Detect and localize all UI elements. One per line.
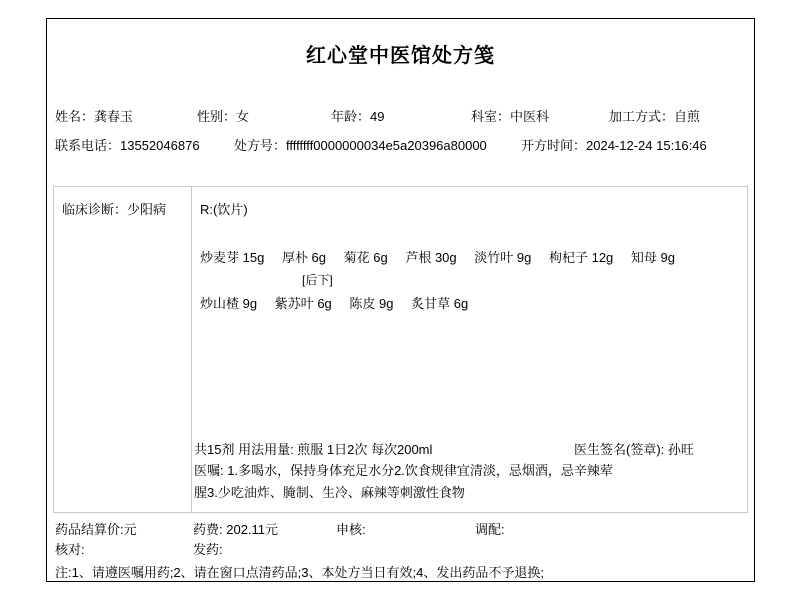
- decoction-note: [后下]: [302, 271, 333, 288]
- field-label: 姓名：: [55, 109, 94, 124]
- field-label: 医生签名(签章):: [574, 442, 664, 457]
- field-label: 处方号：: [234, 138, 286, 153]
- field-gender: 性别：女: [197, 109, 249, 124]
- field-value: 中医科: [510, 109, 549, 124]
- field-check: 核对:: [55, 542, 85, 557]
- field-label: 联系电话：: [55, 138, 120, 153]
- herb-item: 炒山楂 9g: [200, 293, 257, 312]
- field-value: 2024-12-24 15:16:46: [586, 138, 707, 153]
- field-value: ffffffff0000000034e5a20396a80000: [286, 138, 487, 153]
- herb-item: 知母 9g: [631, 247, 675, 266]
- field-prescription-number: 处方号：ffffffff0000000034e5a20396a80000: [234, 138, 487, 153]
- field-label: 开方时间：: [521, 138, 586, 153]
- rx-cell: R:(饮片) 炒麦芽 15g 厚朴 6g 菊花 6g 芦根 30g 淡竹叶 9g…: [193, 187, 747, 512]
- field-issue-medicine: 发药:: [193, 542, 223, 557]
- doctor-signature: 医生签名(签章): 孙旺: [574, 439, 694, 458]
- field-review: 申核:: [336, 522, 366, 537]
- herb-line-1: 炒麦芽 15g 厚朴 6g 菊花 6g 芦根 30g 淡竹叶 9g 枸杞子 12…: [200, 247, 689, 266]
- medical-advice: 医嘱: 1.多喝水，保持身体充足水分2.饮食规律宜清淡，忌烟酒，忌辛辣荤腥3.少…: [194, 460, 624, 504]
- field-label: 药品结算价:: [55, 522, 124, 537]
- rx-box: 临床诊断：少阳病 R:(饮片) 炒麦芽 15g 厚朴 6g 菊花 6g 芦根 3…: [53, 186, 748, 513]
- field-dispense: 调配:: [475, 522, 505, 537]
- field-clinical-diagnosis: 临床诊断：少阳病: [62, 199, 166, 218]
- herb-item: 芦根 30g: [405, 247, 456, 266]
- footnote: 注:1、请遵医嘱用药;2、请在窗口点清药品;3、本处方当日有效;4、发出药品不予…: [55, 562, 544, 581]
- field-age: 年龄：49: [331, 109, 384, 124]
- field-value: 孙旺: [664, 442, 694, 457]
- prescription-sheet: 红心堂中医馆处方笺 姓名：龚春玉 性别：女 年龄：49 科室：中医科 加工方式：…: [46, 18, 755, 582]
- herb-item: 炙甘草 6g: [411, 293, 468, 312]
- field-patient-name: 姓名：龚春玉: [55, 109, 133, 124]
- diagnosis-cell: 临床诊断：少阳病: [54, 187, 192, 512]
- field-label: 加工方式：: [609, 109, 674, 124]
- field-value: 202.11元: [223, 522, 278, 537]
- field-label: 申核:: [336, 522, 366, 537]
- herb-line-2: 炒山楂 9g 紫苏叶 6g 陈皮 9g 炙甘草 6g: [200, 293, 482, 312]
- herb-item: 淡竹叶 9g: [474, 247, 531, 266]
- field-value: 49: [370, 109, 384, 124]
- field-processing-method: 加工方式：自煎: [609, 109, 700, 124]
- field-label: 调配:: [475, 522, 505, 537]
- field-prescription-time: 开方时间：2024-12-24 15:16:46: [521, 138, 707, 153]
- field-label: 临床诊断：: [62, 202, 127, 217]
- field-phone: 联系电话：13552046876: [55, 138, 200, 153]
- field-medicine-fee: 药费: 202.11元: [193, 522, 278, 537]
- herb-item: 菊花 6g: [344, 247, 388, 266]
- field-label: 科室：: [471, 109, 510, 124]
- rx-total-usage: 共15剂 用法用量: 煎服 1日2次 每次200ml: [194, 439, 432, 458]
- field-label: 药费:: [193, 522, 223, 537]
- field-value: 13552046876: [120, 138, 200, 153]
- field-value: 龚春玉: [94, 109, 133, 124]
- herb-item: 枸杞子 12g: [549, 247, 613, 266]
- field-label: 年龄：: [331, 109, 370, 124]
- field-label: 性别：: [197, 109, 236, 124]
- herb-item: 炒麦芽 15g: [200, 247, 264, 266]
- rx-header: R:(饮片): [200, 199, 248, 218]
- herb-item: 陈皮 9g: [349, 293, 393, 312]
- page-title: 红心堂中医馆处方笺: [47, 39, 754, 68]
- field-label: 核对:: [55, 542, 85, 557]
- field-label: 发药:: [193, 542, 223, 557]
- field-value: 少阳病: [127, 202, 166, 217]
- field-value: 自煎: [674, 109, 700, 124]
- herb-item: 厚朴 6g: [282, 247, 326, 266]
- field-department: 科室：中医科: [471, 109, 549, 124]
- field-settlement-price: 药品结算价:元: [55, 522, 137, 537]
- herb-item: 紫苏叶 6g: [275, 293, 332, 312]
- field-value: 元: [124, 522, 137, 537]
- field-value: 女: [236, 109, 249, 124]
